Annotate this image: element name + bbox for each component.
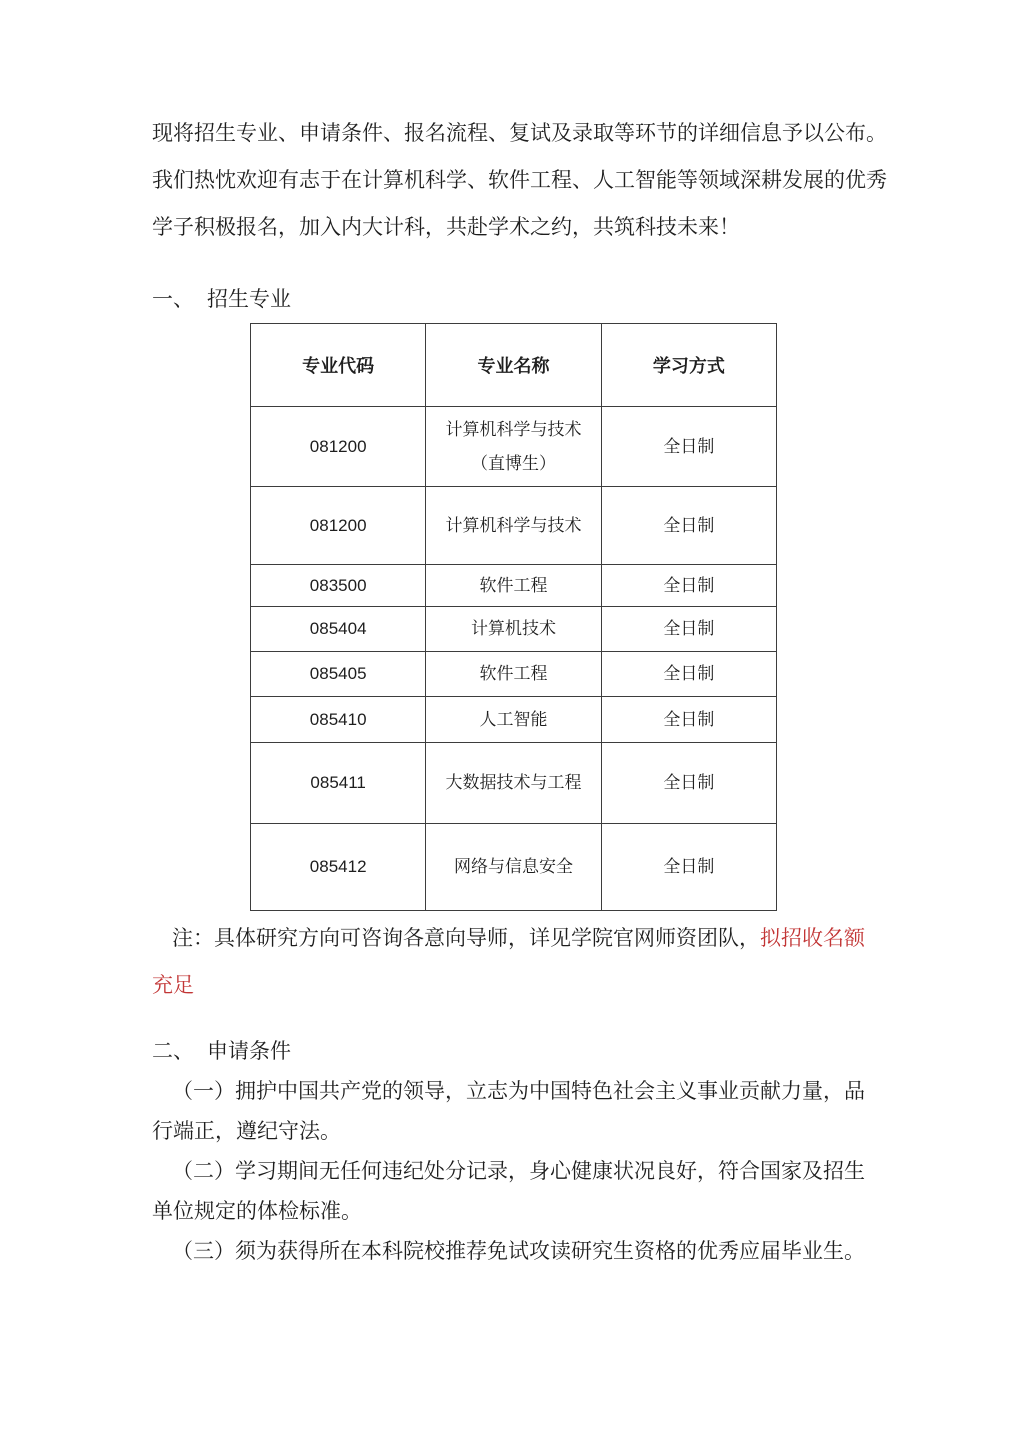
table-note: 注：具体研究方向可咨询各意向导师，详见学院官网师资团队，拟招收名额 充足 <box>152 915 892 1009</box>
cell-study-mode: 全日制 <box>601 407 776 487</box>
condition-item-1: （一）拥护中国共产党的领导，立志为中国特色社会主义事业贡献力量，品 行端正，遵纪… <box>152 1071 892 1151</box>
table-row: 083500软件工程全日制 <box>251 565 777 607</box>
header-study-mode: 学习方式 <box>601 324 776 407</box>
cell-major-code: 081200 <box>251 407 426 487</box>
section-title: 招生专业 <box>207 287 291 311</box>
cell-major-code: 085412 <box>251 824 426 911</box>
document-page: 现将招生专业、申请条件、报名流程、复试及录取等环节的详细信息予以公布。 我们热忱… <box>0 0 1024 1448</box>
cell-study-mode: 全日制 <box>601 565 776 607</box>
cell-major-name: 软件工程 <box>426 565 601 607</box>
admission-table-body: 081200计算机科学与技术 （直博生）全日制081200计算机科学与技术全日制… <box>251 407 777 911</box>
table-row: 085410人工智能全日制 <box>251 697 777 743</box>
cell-study-mode: 全日制 <box>601 743 776 824</box>
table-row: 081200计算机科学与技术 （直博生）全日制 <box>251 407 777 487</box>
table-row: 085405软件工程全日制 <box>251 652 777 697</box>
cell-study-mode: 全日制 <box>601 652 776 697</box>
section-number: 二、 <box>152 1039 194 1063</box>
cell-major-code: 085404 <box>251 607 426 652</box>
cell-major-name: 计算机科学与技术 <box>426 487 601 565</box>
table-header-row: 专业代码 专业名称 学习方式 <box>251 324 777 407</box>
table-row: 085412网络与信息安全全日制 <box>251 824 777 911</box>
cell-study-mode: 全日制 <box>601 607 776 652</box>
cell-major-code: 085410 <box>251 697 426 743</box>
cell-major-code: 085411 <box>251 743 426 824</box>
cell-major-code: 085405 <box>251 652 426 697</box>
document-content: 现将招生专业、申请条件、报名流程、复试及录取等环节的详细信息予以公布。 我们热忱… <box>152 0 892 1271</box>
header-major-name: 专业名称 <box>426 324 601 407</box>
cell-major-name: 大数据技术与工程 <box>426 743 601 824</box>
cell-major-name: 软件工程 <box>426 652 601 697</box>
cell-major-name: 计算机技术 <box>426 607 601 652</box>
section-number: 一、 <box>152 287 194 311</box>
table-row: 085404计算机技术全日制 <box>251 607 777 652</box>
section-heading-conditions: 二、申请条件 <box>152 1031 892 1071</box>
admission-majors-table: 专业代码 专业名称 学习方式 081200计算机科学与技术 （直博生）全日制08… <box>250 323 777 911</box>
cell-study-mode: 全日制 <box>601 487 776 565</box>
table-header: 专业代码 专业名称 学习方式 <box>251 324 777 407</box>
condition-item-2: （二）学习期间无任何违纪处分记录，身心健康状况良好，符合国家及招生 单位规定的体… <box>152 1151 892 1231</box>
cell-major-code: 083500 <box>251 565 426 607</box>
header-major-code: 专业代码 <box>251 324 426 407</box>
cell-major-name: 网络与信息安全 <box>426 824 601 911</box>
intro-paragraph: 现将招生专业、申请条件、报名流程、复试及录取等环节的详细信息予以公布。 我们热忱… <box>152 110 892 251</box>
section-heading-majors: 一、招生专业 <box>152 279 892 319</box>
cell-study-mode: 全日制 <box>601 824 776 911</box>
cell-major-name: 计算机科学与技术 （直博生） <box>426 407 601 487</box>
condition-item-3: （三）须为获得所在本科院校推荐免试攻读研究生资格的优秀应届毕业生。 <box>152 1231 892 1271</box>
cell-major-name: 人工智能 <box>426 697 601 743</box>
table-row: 081200计算机科学与技术全日制 <box>251 487 777 565</box>
table-row: 085411大数据技术与工程全日制 <box>251 743 777 824</box>
section-title: 申请条件 <box>207 1039 291 1063</box>
cell-study-mode: 全日制 <box>601 697 776 743</box>
cell-major-code: 081200 <box>251 487 426 565</box>
note-text: 注：具体研究方向可咨询各意向导师，详见学院官网师资团队， <box>172 926 760 950</box>
